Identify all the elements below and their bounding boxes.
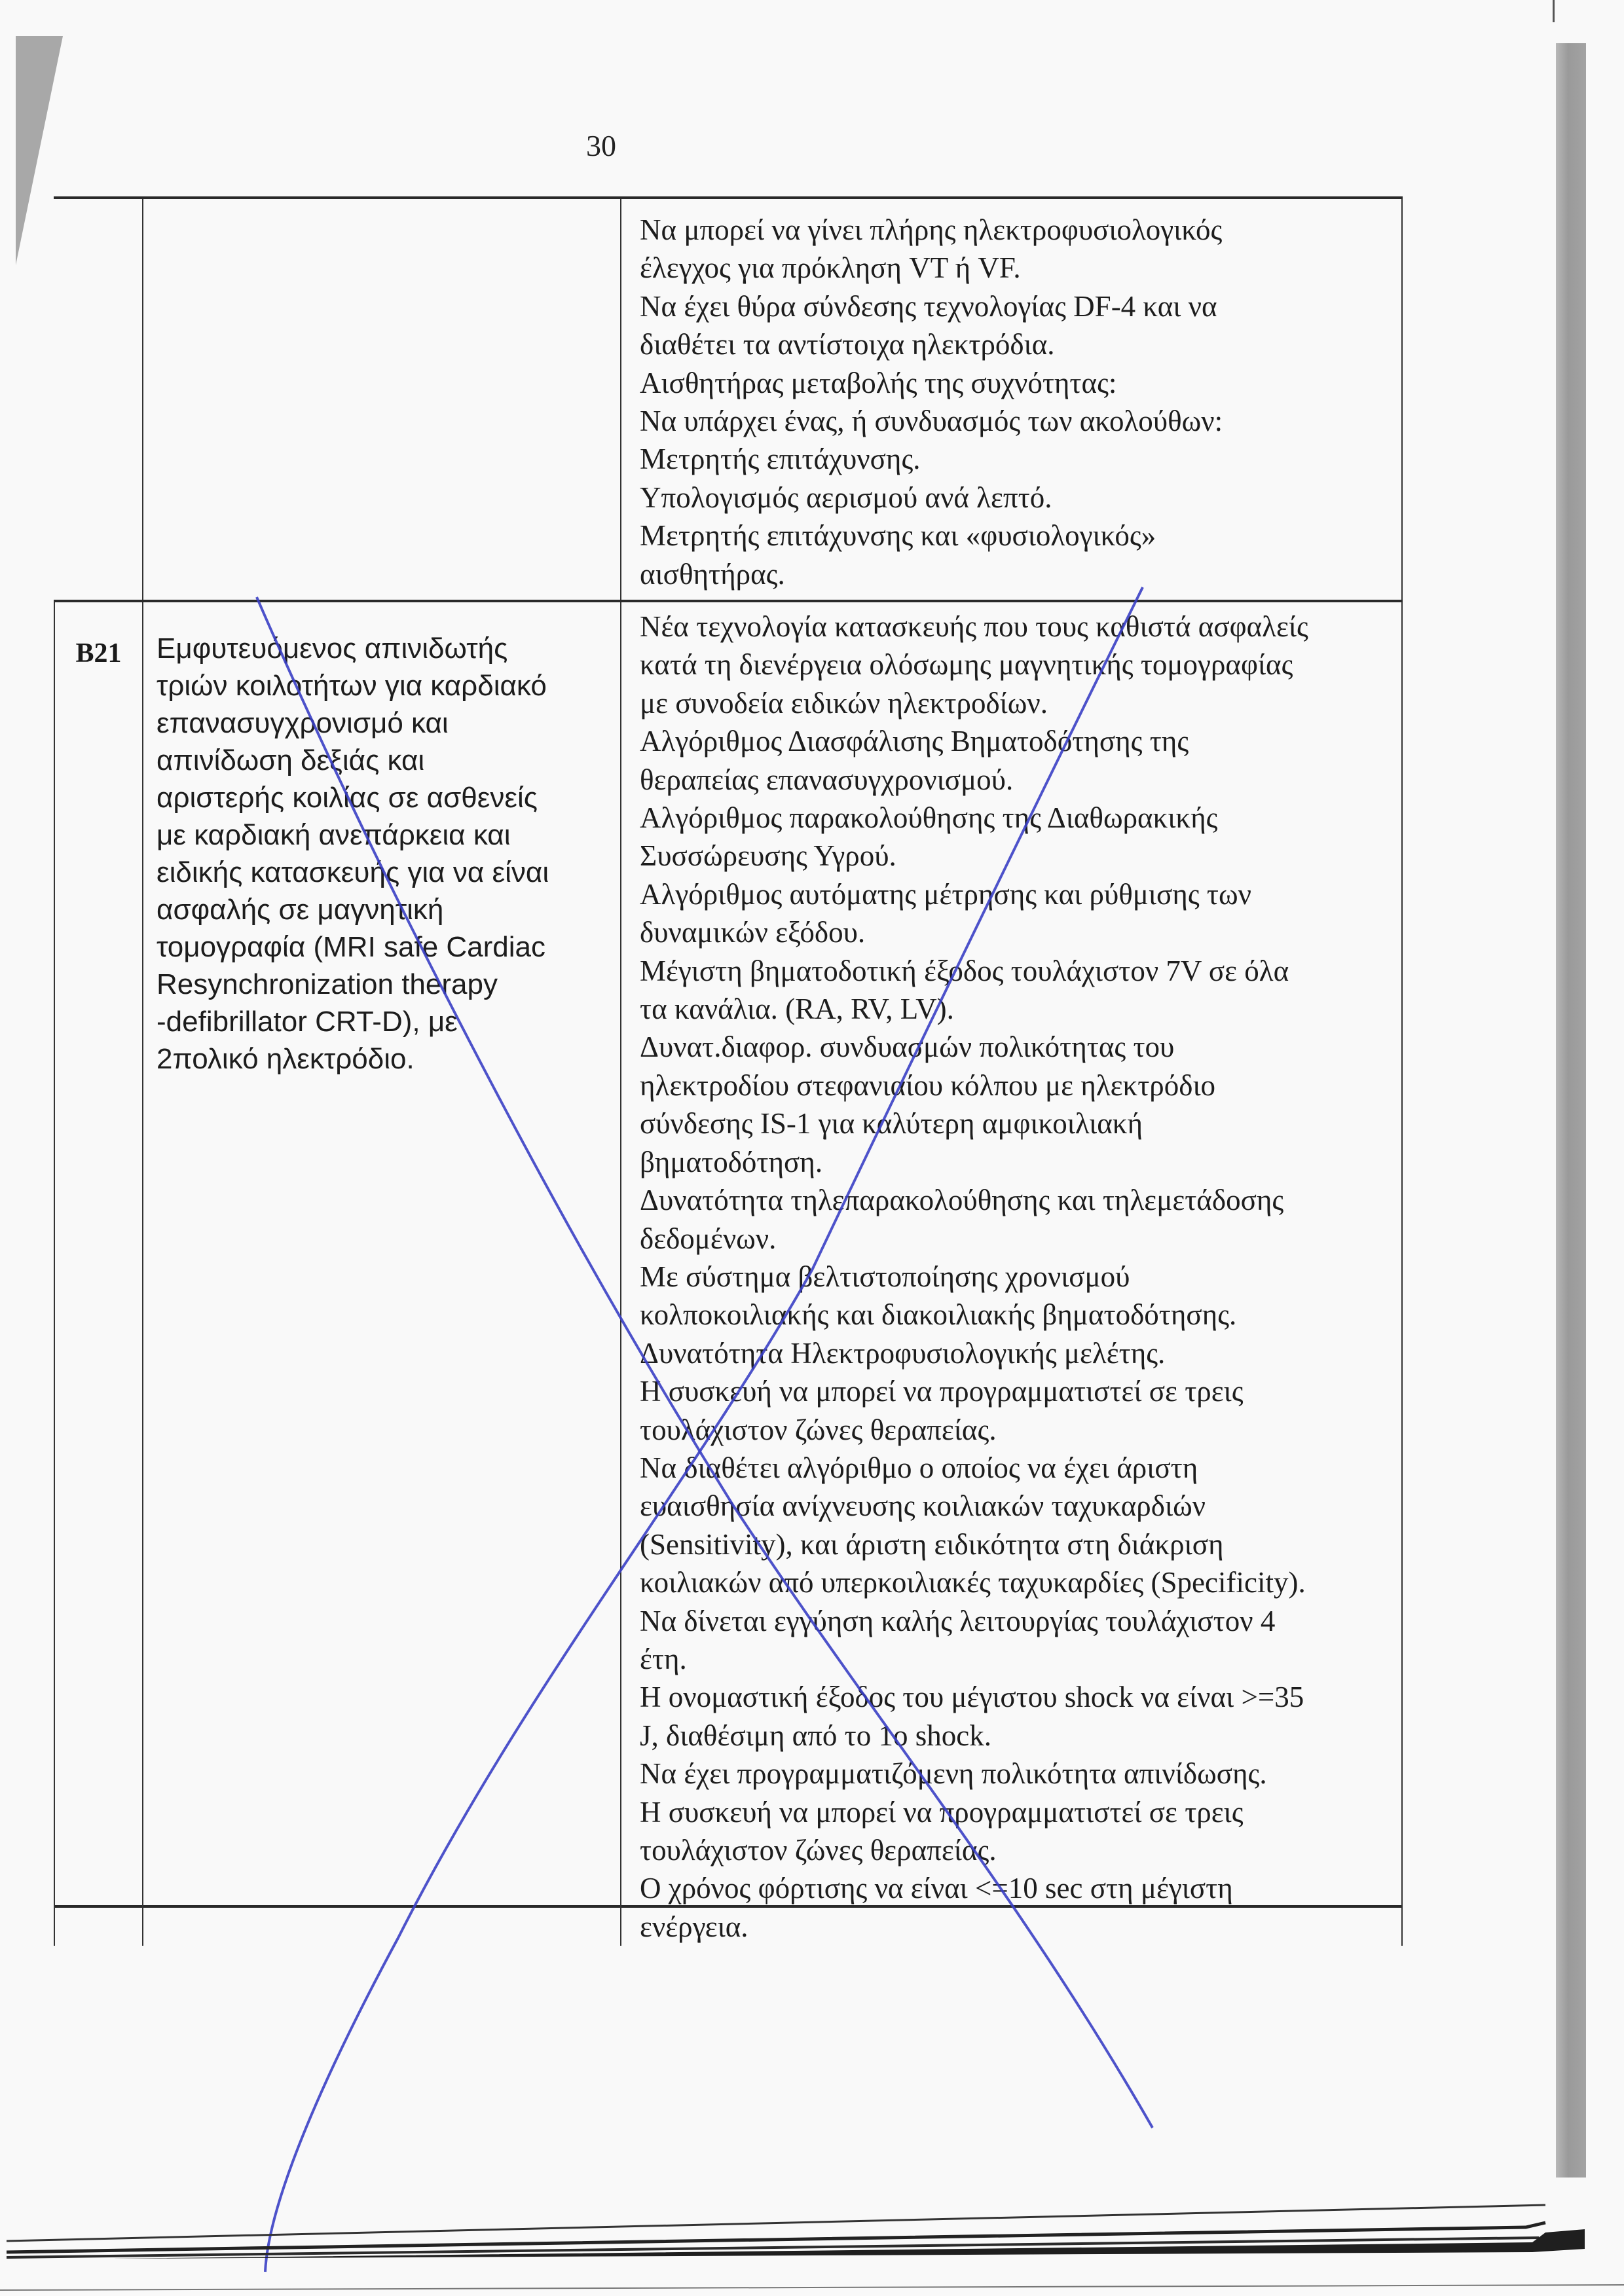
spec-line: Μέγιστη βηματοδοτική έξοδος τουλάχιστον … — [640, 952, 1396, 990]
page-number: 30 — [586, 131, 616, 161]
spec-line: Αισθητήρας μεταβολής της συχνότητας: — [640, 364, 1396, 402]
spec-line: Με σύστημα βελτιστοποίησης χρονισμού — [640, 1258, 1396, 1296]
spec-line: Μετρητής επιτάχυνσης και «φυσιολογικός» — [640, 517, 1396, 555]
scan-shadow-strip — [1556, 43, 1586, 2178]
spec-line: Συσσώρευσης Υγρού. — [640, 837, 1396, 875]
spec-line: Μετρητής επιτάχυνσης. — [640, 440, 1396, 478]
spec-line: Να έχει θύρα σύνδεσης τεχνολογίας DF-4 κ… — [640, 287, 1396, 325]
spec-line: ενέργεια. — [640, 1908, 1396, 1946]
spec-line: έλεγχος για πρόκληση VT ή VF. — [640, 249, 1396, 287]
spec-line: Δυνατ.διαφορ. συνδυασμών πολικότητας του — [640, 1028, 1396, 1066]
description-line: τομογραφία (MRI safe Cardiac — [157, 928, 611, 966]
item-specifications: Νέα τεχνολογία κατασκευής που τους καθισ… — [620, 602, 1403, 1946]
spec-line: κολποκοιλιακής και διακοιλιακής βηματοδό… — [640, 1296, 1396, 1334]
spec-line: (Sensitivity), και άριστη ειδικότητα στη… — [640, 1525, 1396, 1563]
specifications-table: Να μπορεί να γίνει πλήρης ηλεκτροφυσιολο… — [54, 196, 1403, 1908]
spec-line: τα κανάλια. (RA, RV, LV). — [640, 990, 1396, 1028]
spec-line: Αλγόριθμος Διασφάλισης Βηματοδότησης της — [640, 722, 1396, 760]
description-line: αριστερής κοιλίας σε ασθενείς — [157, 779, 611, 816]
spec-line: Να έχει προγραμματιζόμενη πολικότητα απι… — [640, 1755, 1396, 1793]
spec-line: Να διαθέτει αλγόριθμο ο οποίος να έχει ά… — [640, 1449, 1396, 1487]
spec-line: Δυνατότητα τηλεπαρακολούθησης και τηλεμε… — [640, 1181, 1396, 1219]
spec-line: θεραπείας επανασυγχρονισμού. — [640, 761, 1396, 799]
description-line: ασφαλής σε μαγνητική — [157, 891, 611, 928]
spec-line: Η συσκευή να μπορεί να προγραμματιστεί σ… — [640, 1372, 1396, 1410]
spec-line: Υπολογισμός αερισμού ανά λεπτό. — [640, 479, 1396, 517]
scan-edge-mark — [1553, 0, 1555, 22]
table-row-b21: B21 Εμφυτευόμενος απινιδωτήςτριών κοιλοτ… — [54, 600, 1403, 1908]
spec-line: Η συσκευή να μπορεί να προγραμματιστεί σ… — [640, 1793, 1396, 1831]
spec-line: Να μπορεί να γίνει πλήρης ηλεκτροφυσιολο… — [640, 211, 1396, 249]
description-line: ειδικής κατασκευής για να είναι — [157, 854, 611, 891]
description-line: απινίδωση δεξιάς και — [157, 742, 611, 779]
spec-line: κατά τη διενέργεια ολόσωμης μαγνητικής τ… — [640, 646, 1396, 683]
spec-line: έτη. — [640, 1640, 1396, 1678]
spec-line: βηματοδότηση. — [640, 1143, 1396, 1181]
spec-line: J, διαθέσιμη από το 1ο shock. — [640, 1717, 1396, 1755]
spec-line: αισθητήρας. — [640, 555, 1396, 593]
description-line: με καρδιακή ανεπάρκεια και — [157, 816, 611, 854]
spec-line: με συνοδεία ειδικών ηλεκτροδίων. — [640, 684, 1396, 722]
spec-line: Η ονομαστική έξοδος του μέγιστου shock ν… — [640, 1678, 1396, 1716]
item-description: Εμφυτευόμενος απινιδωτήςτριών κοιλοτήτων… — [142, 602, 620, 1946]
spec-line: Ο χρόνος φόρτισης να είναι <=10 sec στη … — [640, 1869, 1396, 1907]
spec-line: τουλάχιστον ζώνες θεραπείας. — [640, 1411, 1396, 1449]
spec-line: δυναμικών εξόδου. — [640, 913, 1396, 951]
spec-line: δεδομένων. — [640, 1220, 1396, 1258]
stacked-page-edges — [0, 2160, 1624, 2296]
spec-line: ευαισθησία ανίχνευσης κοιλιακών ταχυκαρδ… — [640, 1487, 1396, 1525]
item-specifications: Να μπορεί να γίνει πλήρης ηλεκτροφυσιολο… — [620, 199, 1403, 600]
description-line: 2πολικό ηλεκτρόδιο. — [157, 1040, 611, 1078]
item-code: B21 — [54, 602, 142, 1946]
table-row-continuation: Να μπορεί να γίνει πλήρης ηλεκτροφυσιολο… — [54, 196, 1403, 600]
spec-line: ηλεκτροδίου στεφανιαίου κόλπου με ηλεκτρ… — [640, 1066, 1396, 1104]
spec-line: Να δίνεται εγγύηση καλής λειτουργίας του… — [640, 1602, 1396, 1640]
spec-line: Να υπάρχει ένας, ή συνδυασμός των ακολού… — [640, 402, 1396, 440]
spec-line: Νέα τεχνολογία κατασκευής που τους καθισ… — [640, 608, 1396, 646]
item-code — [54, 199, 142, 600]
spec-line: Αλγόριθμος αυτόματης μέτρησης και ρύθμισ… — [640, 875, 1396, 913]
spec-line: Αλγόριθμος παρακολούθησης της Διαθωρακικ… — [640, 799, 1396, 837]
spec-line: κοιλιακών από υπερκοιλιακές ταχυκαρδίες … — [640, 1563, 1396, 1601]
spec-line: σύνδεσης IS-1 για καλύτερη αμφικοιλιακή — [640, 1104, 1396, 1142]
description-line: Εμφυτευόμενος απινιδωτής — [157, 630, 611, 667]
item-description — [142, 199, 620, 600]
description-line: -defibrillator CRT-D), με — [157, 1003, 611, 1040]
description-line: τριών κοιλοτήτων για καρδιακό — [157, 667, 611, 704]
spec-line: διαθέτει τα αντίστοιχα ηλεκτρόδια. — [640, 325, 1396, 363]
spec-line: Δυνατότητα Ηλεκτροφυσιολογικής μελέτης. — [640, 1334, 1396, 1372]
description-line: Resynchronization therapy — [157, 966, 611, 1003]
description-line: επανασυγχρονισμό και — [157, 704, 611, 742]
spec-line: τουλάχιστον ζώνες θεραπείας. — [640, 1831, 1396, 1869]
